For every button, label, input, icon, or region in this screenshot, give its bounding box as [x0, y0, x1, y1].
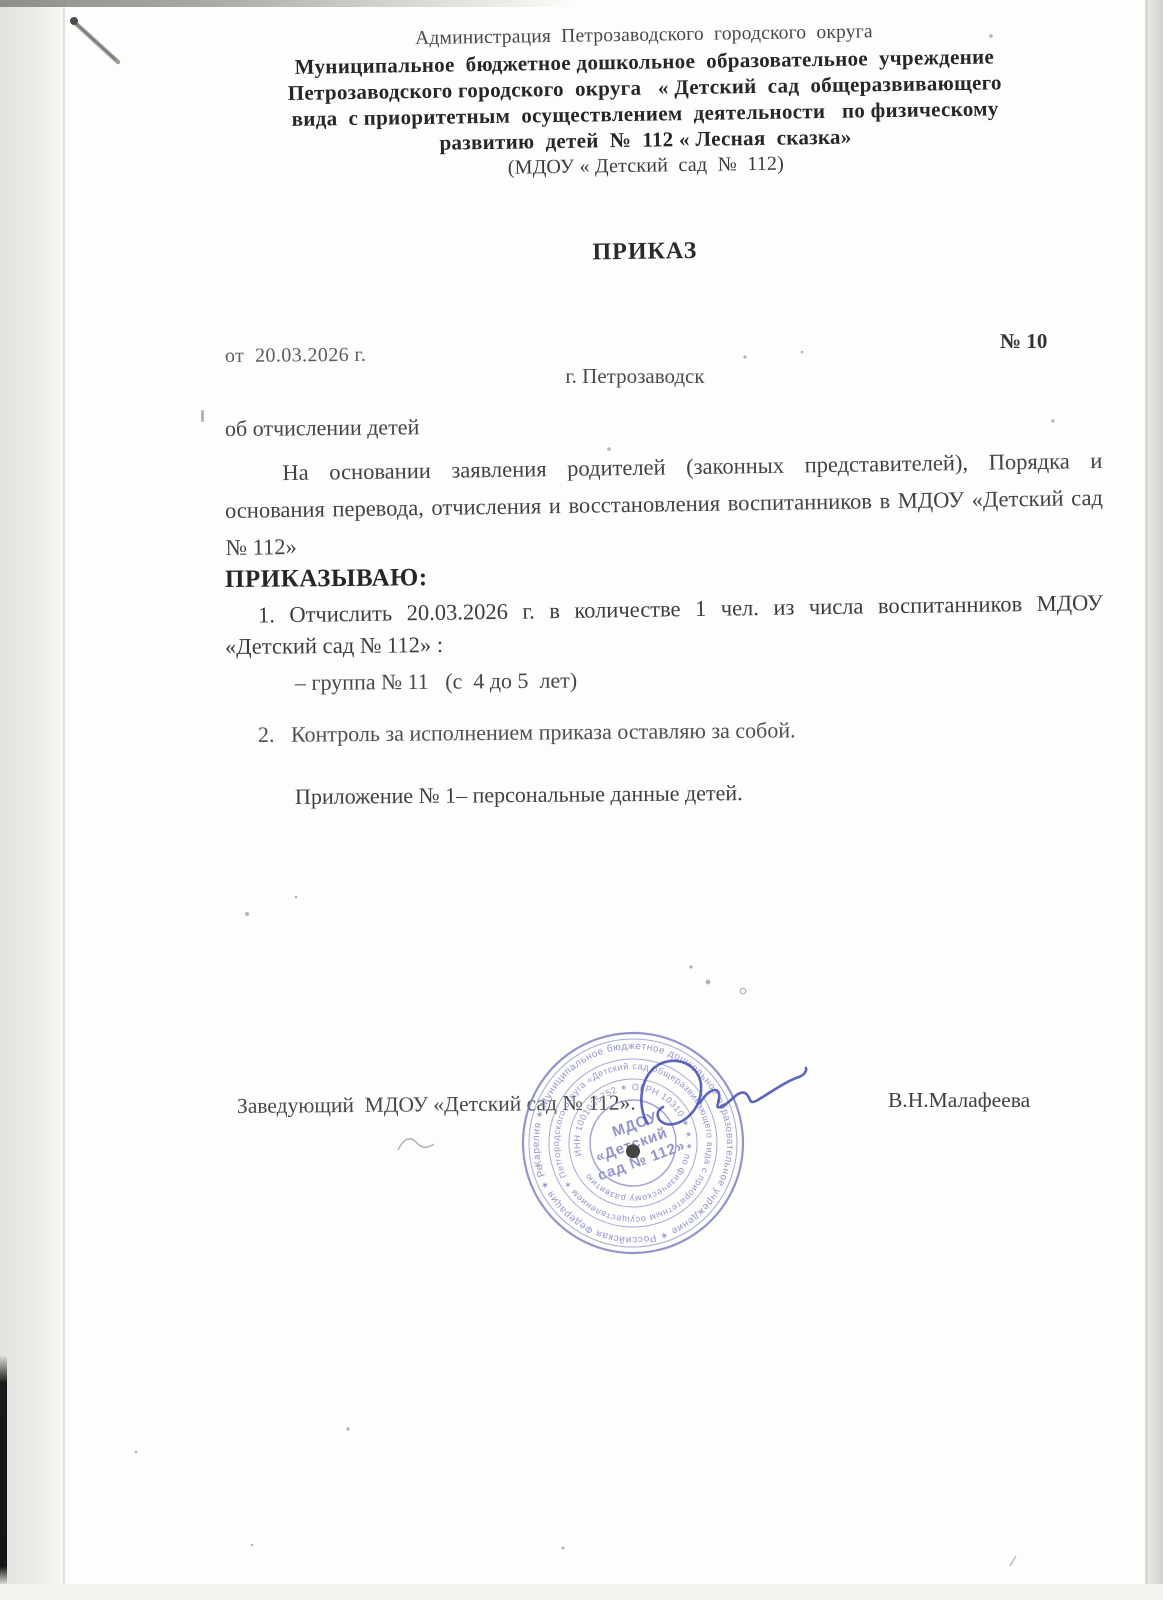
signature-ink	[641, 1061, 806, 1125]
scan-margin-left	[0, 0, 64, 1600]
hole-punch-mark	[625, 1143, 642, 1160]
order-number: № 10	[1000, 329, 1047, 354]
scan-shadow-top	[0, 0, 580, 7]
order-item-2: 2. Контроль за исполнением приказа остав…	[258, 717, 796, 748]
order-preamble: На основании заявления родителей (законн…	[224, 442, 1104, 566]
svg-text:сад № 112»: сад № 112»	[595, 1137, 687, 1184]
pencil-squiggle	[398, 1139, 434, 1150]
staple-mark	[70, 17, 118, 62]
order-item-1-group-line: – группа № 11 (с 4 до 5 лет)	[295, 668, 577, 696]
paper-edge-left	[63, 0, 65, 1600]
stamp-ring-outer-text: Карелия ✶ Муниципальное бюджетное дошкол…	[509, 1018, 757, 1267]
svg-text:«Детский: «Детский	[593, 1124, 669, 1166]
org-header: Администрация Петрозаводского городского…	[149, 15, 1141, 186]
scan-margin-right	[1148, 0, 1163, 1600]
scan-shadow-bottom-left	[0, 1355, 7, 1585]
scanned-order-page: { "document": { "header": { "lines": [ "…	[0, 0, 1163, 1600]
attachment-note: Приложение № 1– персональные данные дете…	[295, 780, 743, 810]
order-item-1-line-2: «Детский сад № 112» :	[225, 632, 443, 660]
signatory-name: В.Н.Малафеева	[888, 1088, 1030, 1113]
resolution-word: ПРИКАЗЫВАЮ:	[225, 564, 428, 594]
scan-margin-bottom	[0, 1584, 1163, 1600]
order-subject: об отчислении детей	[225, 414, 420, 442]
order-title: ПРИКАЗ	[150, 231, 1140, 273]
order-city: г. Петрозаводск	[150, 364, 1120, 389]
official-stamp: Карелия ✶ Муниципальное бюджетное дошкол…	[500, 1010, 767, 1277]
stamp-ring-middle-text: городского округа «Детский сад общеразви…	[534, 1044, 733, 1243]
signatory-position: Заведующий МДОУ «Детский сад № 112».	[237, 1091, 636, 1119]
